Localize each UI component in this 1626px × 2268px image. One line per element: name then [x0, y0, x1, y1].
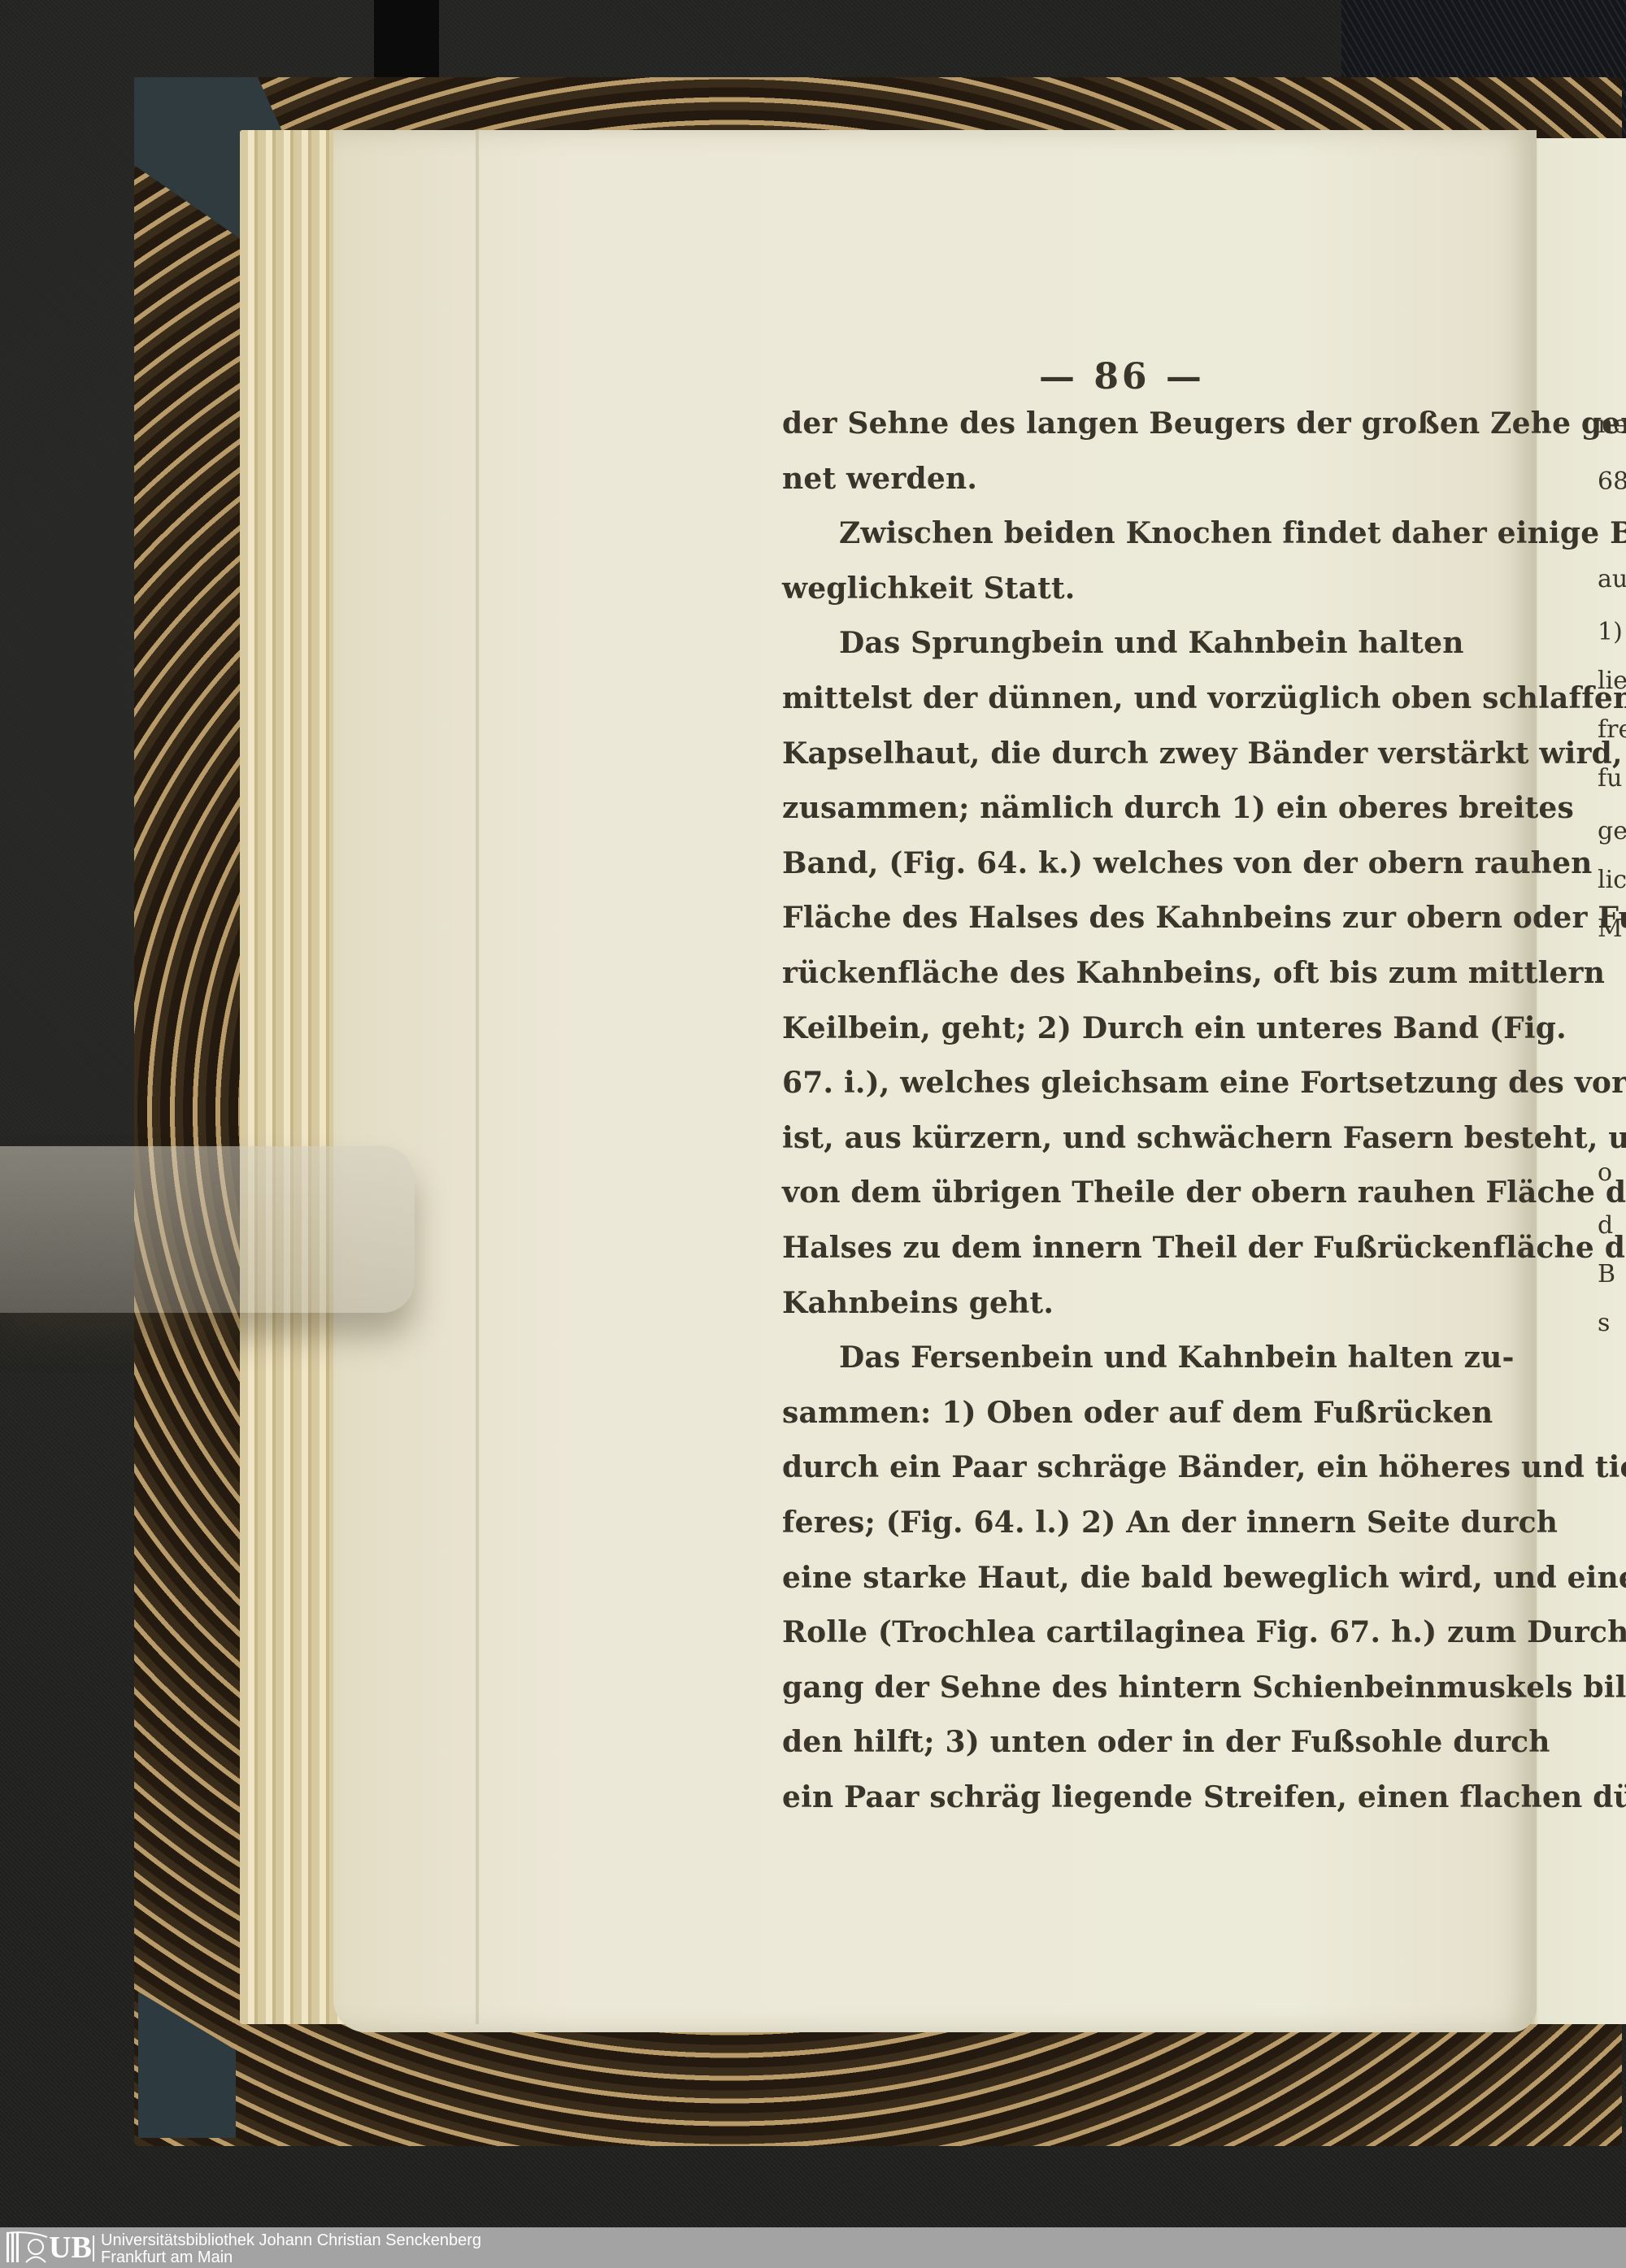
text-line: zusammen; nämlich durch 1) ein oberes br…	[782, 791, 1463, 825]
text-line: Keilbein, geht; 2) Durch ein unteres Ban…	[782, 1011, 1463, 1045]
facing-page-fragment: lic	[1598, 866, 1626, 894]
facing-page-fragment: 68. c	[1598, 467, 1626, 496]
text-line: mittelst der dünnen, und vorzüglich oben…	[782, 681, 1463, 715]
text-line: Kapselhaut, die durch zwey Bänder verstä…	[782, 736, 1463, 771]
institution-city: Frankfurt am Main	[101, 2248, 233, 2267]
text-line: 67. i.), welches gleichsam eine Fortsetz…	[782, 1066, 1463, 1100]
text-line: Fläche des Halses des Kahnbeins zur ober…	[782, 901, 1463, 935]
facing-page-fragment: ge	[1598, 817, 1626, 845]
text-line: durch ein Paar schräge Bänder, ein höher…	[782, 1450, 1463, 1484]
page-number: — 86 —	[1039, 356, 1205, 398]
text-line: von dem übrigen Theile der obern rauhen …	[782, 1175, 1463, 1210]
text-line: Rolle (Trochlea cartilaginea Fig. 67. h.…	[782, 1615, 1463, 1649]
text-line: weglichkeit Statt.	[782, 571, 1463, 606]
page-fold-line	[476, 130, 479, 2024]
text-line: rückenfläche des Kahnbeins, oft bis zum …	[782, 956, 1463, 990]
facing-page-fragment: 1)	[1598, 618, 1623, 646]
text-line: Band, (Fig. 64. k.) welches von der ober…	[782, 846, 1463, 880]
text-line: ein Paar schräg liegende Streifen, einen…	[782, 1780, 1463, 1814]
text-line: Das Sprungbein und Kahnbein halten	[782, 626, 1463, 660]
text-line: net werden.	[782, 462, 1463, 496]
text-line: Das Fersenbein und Kahnbein halten zu-	[782, 1340, 1463, 1375]
text-line: den hilft; 3) unten oder in der Fußsohle…	[782, 1725, 1463, 1759]
glass-page-clamp	[0, 1146, 415, 1313]
facing-page-fragment: s	[1598, 1309, 1610, 1337]
text-line: feres; (Fig. 64. l.) 2) An der innern Se…	[782, 1505, 1463, 1540]
text-line: gang der Sehne des hintern Schienbeinmus…	[782, 1671, 1463, 1705]
text-line: eine starke Haut, die bald beweglich wir…	[782, 1561, 1463, 1595]
facing-page-fragment: auße	[1598, 565, 1626, 593]
text-line: sammen: 1) Oben oder auf dem Fußrücken	[782, 1396, 1463, 1430]
logo-text: UB	[49, 2231, 92, 2265]
text-line: Halses zu dem innern Theil der Fußrücken…	[782, 1231, 1463, 1265]
institution-name: Universitätsbibliothek Johann Christian …	[101, 2231, 481, 2250]
text-line: ist, aus kürzern, und schwächern Fasern …	[782, 1121, 1463, 1155]
text-line: Kahnbeins geht.	[782, 1286, 1463, 1320]
text-line: Zwischen beiden Knochen findet daher ein…	[782, 516, 1463, 550]
text-line: der Sehne des langen Beugers der großen …	[782, 406, 1463, 441]
